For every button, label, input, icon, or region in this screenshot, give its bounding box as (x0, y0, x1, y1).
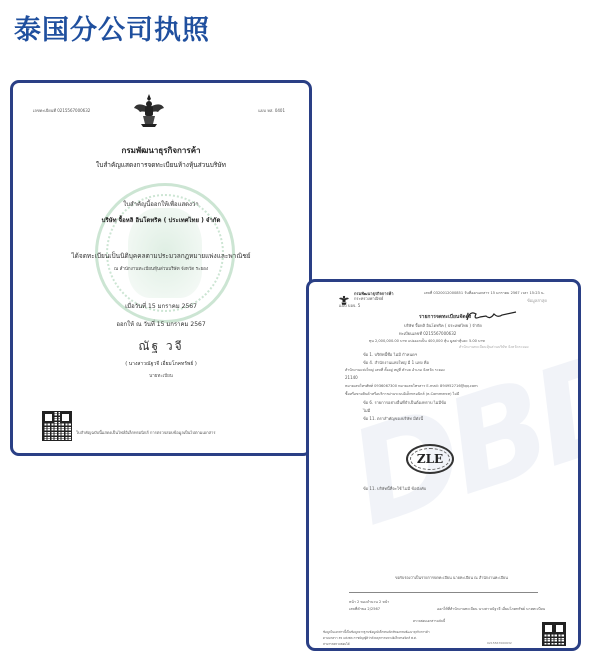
garuda-emblem-icon (133, 92, 165, 128)
page-title: 泰国分公司执照 (14, 8, 210, 47)
item-line: ข้อ 4. สำนักงานแห่งใหญ่ มี 1 แห่ง คือ (363, 359, 429, 366)
divider (349, 592, 538, 593)
document-number: 0215567000632 (487, 641, 512, 645)
registrar-signature: ณัฐ วจี (13, 337, 309, 356)
certify-line: ขอรับรองว่าเป็นรายการจดทะเบียน นายทะเบีย… (395, 575, 508, 581)
reference-sub: ข้อมูลล่าสุด (527, 297, 547, 304)
item-line: ข้อ 6. รายการอย่างอื่นที่จำเป็นต้องทราบ … (363, 399, 446, 406)
stamp-text: ZLE (417, 452, 443, 466)
registrar-name: ( นางสาวณัฐวจี เอี่ยมโภคทรัพย์ ) (13, 360, 309, 368)
qr-code-icon[interactable] (542, 622, 566, 646)
registration-date: เมื่อวันที่ 15 มกราคม 2567 (13, 301, 309, 311)
document-title: ใบสำคัญแสดงการจดทะเบียนห้างหุ้นส่วนบริษั… (13, 160, 309, 170)
registrar-title: นายทะเบียน (13, 372, 309, 379)
company-name: บริษัท จื้อหลิ อินโดทริค ( ประเทศไทย ) จ… (13, 215, 309, 225)
item-line: ไม่มี (363, 407, 370, 414)
department-name: กรมพัฒนาธุรกิจการค้า (13, 144, 309, 157)
item-line: ข้อ 1. บริษัทนี้ชื่อ ไม่มี กำหนดฯ (363, 351, 417, 358)
item-after-stamp: ข้อ 11. บริษัทนี้ที่จะใช้ ไม่มี ข้อบังคั… (363, 485, 426, 492)
qr-code-icon[interactable] (42, 411, 72, 441)
office-stamp-note: สำนักงานทะเบียนหุ้นส่วนบริษัท จังหวัดระย… (459, 344, 529, 350)
garuda-emblem-icon (339, 290, 349, 301)
item-line: หมายเลขโทรศัพท์ 0936067300 หมายเลขโทรสาร… (345, 383, 478, 389)
footer-note: ข้อมูลในเอกสารนี้เป็นข้อมูลจากฐานข้อมูลอ… (323, 630, 430, 635)
registration-number: ทะเบียนเลขที่ 0215567000632 (399, 330, 456, 337)
issued-to-label: ใบสำคัญนี้ออกให้เพื่อแสดงว่า (13, 199, 309, 209)
page-info: หน้า 2 ของจำนวน 2 หน้า (349, 599, 389, 605)
verify-line: ตรวจสอบเอกสารฉบับนี้ (413, 619, 445, 624)
item-line: ข้อ 11. ตราสำคัญของบริษัท มีดังนี้ (363, 415, 423, 422)
registration-details-document: DBD กรมพัฒนาธุรกิจการค้า กระทรวงพาณิชย์ … (306, 279, 581, 651)
registration-number: เลขทะเบียนที่ 0215567000632 (33, 107, 90, 114)
registered-statement: ได้จดทะเบียนเป็นนิติบุคคลตามประมวลกฎหมาย… (13, 251, 309, 261)
issue-date: ออกให้ ณ วันที่ 15 มกราคม 2567 (13, 319, 309, 329)
registered-office: ณ สำนักงานทะเบียนหุ้นส่วนบริษัท จังหวัด … (13, 265, 309, 272)
officer-line: ออกให้ที่สำนักงานทะเบียน นางสาวณัฐวจี เอ… (437, 606, 545, 612)
company-seal-stamp: ZLE (406, 444, 454, 474)
footer-note: สามารถตรวจสอบได้ (323, 642, 350, 647)
item-line: 21140 (345, 375, 358, 380)
company-registration-certificate: เลขทะเบียนที่ 0215567000632 แบบ หส. 0401… (10, 80, 312, 456)
item-line: ซื้อหรือขายสินค้าหรือบริการผ่านระบบอิเล็… (345, 391, 459, 397)
reference-line: เลขที่ 0320012000851 วันที่ออกเอกสาร 15 … (424, 290, 545, 296)
document-reference: เลขที่คำขอ 2/2567 (349, 606, 380, 612)
form-code: แบบ หส. 0401 (258, 107, 285, 114)
footer-note: ใบสำคัญฉบับนี้แสดงเป็นไฟล์อิเล็กทรอนิกส์… (76, 429, 215, 436)
company-name: บริษัท จื้อหลิ อินโดทริค ( ประเทศไทย ) จ… (404, 322, 482, 329)
form-code: แบบ บอจ. 5 (339, 302, 360, 309)
item-line: สำนักงานแห่งใหญ่ เลขที่ ตั้งอยู่ หมู่ที่… (345, 367, 445, 373)
footer-note: ตามมาตรา 35 แห่งพระราชบัญญัติว่าด้วยธุรก… (323, 636, 417, 641)
header-ministry: กระทรวงพาณิชย์ (354, 295, 383, 302)
